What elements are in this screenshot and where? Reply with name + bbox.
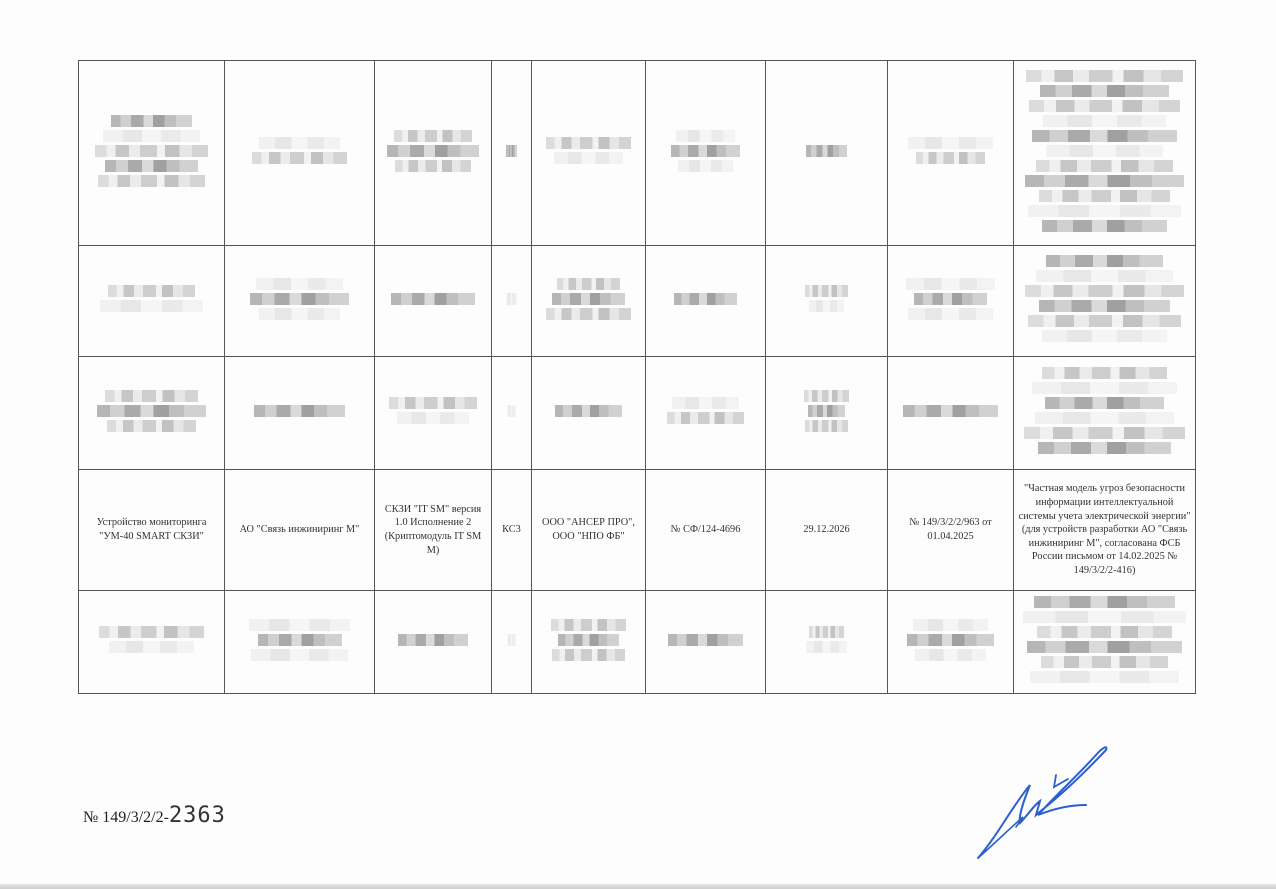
redacted-text [386,290,480,308]
redacted-cell [225,246,375,357]
redacted-text [802,282,851,315]
redacted-cell [492,591,532,694]
redacted-text [546,134,632,167]
redacted-text [546,402,632,420]
redacted-text [386,631,480,649]
redacted-cell [1014,61,1196,246]
redacted-cell [532,61,646,246]
redacted-cell [646,591,766,694]
redacted-cell [1014,591,1196,694]
redacted-cell [225,357,375,470]
redacted-cell [492,357,532,470]
table-cell: Устройство мониторинга "УМ-40 SMART СКЗИ… [79,470,225,591]
redacted-cell [766,357,888,470]
document-number-handwritten: 2363 [169,803,226,828]
redacted-cell [225,61,375,246]
redacted-cell [888,61,1014,246]
redacted-cell [375,357,492,470]
document-number-prefix: № 149/3/2/2- [83,809,169,826]
redacted-text [903,275,998,323]
table-row [79,246,1196,357]
redacted-cell [766,61,888,246]
redacted-text [1023,67,1187,235]
redacted-text [802,142,851,160]
redacted-cell [888,246,1014,357]
redacted-text [1023,364,1187,457]
redacted-text [903,134,998,167]
redacted-text [667,127,745,175]
redacted-cell [79,357,225,470]
redacted-cell [646,357,766,470]
redacted-text [667,290,745,308]
signature [968,735,1118,865]
table-cell: СКЗИ "IT SM" версия 1.0 Исполнение 2 (Кр… [375,470,492,591]
redacted-cell [79,246,225,357]
page-bottom-edge [0,884,1276,889]
table-cell: № 149/3/2/2/963 от 01.04.2025 [888,470,1014,591]
table-row [79,61,1196,246]
redacted-cell [375,591,492,694]
redacted-text [802,387,851,435]
redacted-text [506,142,518,160]
redacted-cell [646,246,766,357]
redacted-cell [375,61,492,246]
redacted-cell [375,246,492,357]
redacted-cell [79,591,225,694]
redacted-cell [492,246,532,357]
redacted-text [667,394,745,427]
redacted-text [386,394,480,427]
redacted-text [93,623,210,656]
redacted-cell [492,61,532,246]
redacted-cell [888,357,1014,470]
redacted-text [247,616,352,664]
redacted-text [93,112,210,190]
redacted-text [93,282,210,315]
redacted-cell [888,591,1014,694]
redacted-text [667,631,745,649]
document-number: № 149/3/2/2-2363 [83,803,226,828]
redacted-text [903,402,998,420]
redacted-text [93,387,210,435]
redacted-cell [1014,357,1196,470]
redacted-cell [766,591,888,694]
redacted-text [247,275,352,323]
redacted-text [506,290,518,308]
redacted-cell [646,61,766,246]
table-cell: 29.12.2026 [766,470,888,591]
redacted-text [546,275,632,323]
redacted-cell [532,357,646,470]
redacted-text [1023,593,1187,686]
redacted-text [506,631,518,649]
table-row [79,591,1196,694]
redacted-cell [1014,246,1196,357]
redacted-text [386,127,480,175]
table-cell: № СФ/124-4696 [646,470,766,591]
redacted-cell [225,591,375,694]
table-cell: ООО "АНСЕР ПРО", ООО "НПО ФБ" [532,470,646,591]
table-row [79,357,1196,470]
redacted-text [247,134,352,167]
redacted-text [247,402,352,420]
redacted-text [1023,252,1187,345]
redacted-cell [532,246,646,357]
table-cell: "Частная модель угроз безопасности инфор… [1014,470,1196,591]
redacted-text [802,623,851,656]
redacted-text [506,402,518,420]
table-cell: КС3 [492,470,532,591]
redacted-cell [532,591,646,694]
redacted-text [903,616,998,664]
table-row: Устройство мониторинга "УМ-40 SMART СКЗИ… [79,470,1196,591]
registry-table: Устройство мониторинга "УМ-40 SMART СКЗИ… [78,60,1196,694]
redacted-text [546,616,632,664]
redacted-cell [79,61,225,246]
redacted-cell [766,246,888,357]
table-cell: АО "Связь инжиниринг М" [225,470,375,591]
